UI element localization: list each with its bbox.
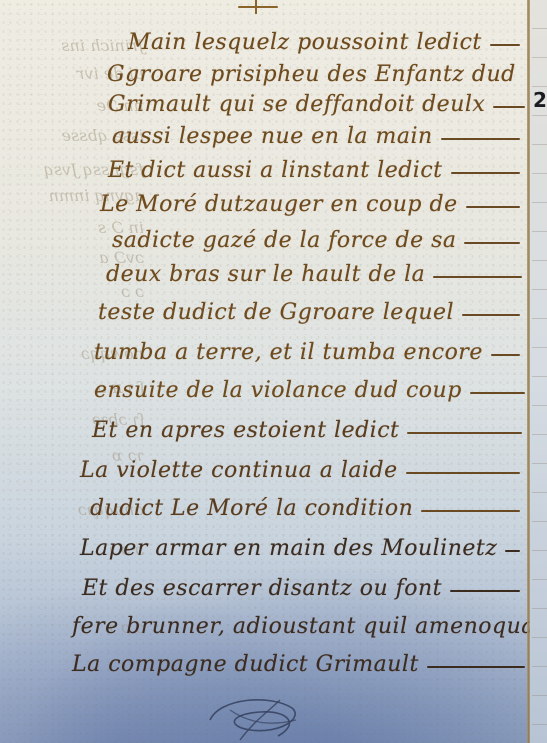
- manuscript-line-text: tumba a terre, et il tumba encore: [94, 340, 483, 365]
- manuscript-line-text: Main lesquelz poussoint ledict: [128, 30, 482, 55]
- manuscript-line-text: Grimault qui se deffandoit deulx: [108, 92, 485, 117]
- manuscript-line-text: Ggroare prisipheu des Enfantz dud: [107, 62, 516, 87]
- manuscript-line-text: aussi lespee nue en la main: [112, 124, 433, 149]
- manuscript-line: Et en apres estoient ledict: [92, 418, 399, 443]
- manuscript-line: fere brunner, adioustant quil amenoqua: [72, 614, 535, 639]
- manuscript-line: Et dict aussi a linstant ledict: [108, 158, 443, 183]
- manuscript-line: aussi lespee nue en la main: [112, 124, 433, 149]
- manuscript-line-text: Et dict aussi a linstant ledict: [108, 158, 443, 183]
- line-fill-dash: [421, 510, 520, 512]
- line-fill-dash: [427, 666, 525, 668]
- manuscript-line-text: La violette continua a laide: [80, 458, 398, 483]
- line-fill-dash: [462, 314, 520, 316]
- manuscript-line-text: dudict Le Moré la condition: [90, 496, 413, 521]
- right-margin-rule: [527, 0, 530, 743]
- manuscript-line: teste dudict de Ggroare lequel: [98, 300, 454, 325]
- line-fill-dash: [407, 432, 522, 434]
- line-fill-dash: [441, 138, 520, 140]
- manuscript-line: deux bras sur le hault de la: [106, 262, 425, 287]
- line-fill-dash: [505, 550, 520, 552]
- manuscript-line: Laper armar en main des Moulinetz: [80, 536, 497, 561]
- manuscript-page: Jrinich insui de ivrnn Ɔeisse qbssefsgns…: [0, 0, 547, 743]
- manuscript-line-text: fere brunner, adioustant quil amenoqua: [72, 614, 535, 639]
- manuscript-line-text: Et des escarrer disantz ou font: [82, 576, 442, 601]
- line-fill-dash: [470, 392, 525, 394]
- line-fill-dash: [433, 276, 522, 278]
- line-fill-dash: [491, 354, 520, 356]
- line-fill-dash: [406, 472, 520, 474]
- manuscript-line: tumba a terre, et il tumba encore: [94, 340, 483, 365]
- manuscript-line: dudict Le Moré la condition: [90, 496, 413, 521]
- line-fill-dash: [493, 106, 525, 108]
- manuscript-line: Main lesquelz poussoint ledict: [128, 30, 482, 55]
- manuscript-line-text: deux bras sur le hault de la: [106, 262, 425, 287]
- manuscript-line-text: Laper armar en main des Moulinetz: [80, 536, 497, 561]
- manuscript-text-block: Main lesquelz poussoint ledictGgroare pr…: [0, 0, 527, 743]
- line-fill-dash: [464, 242, 520, 244]
- manuscript-line: Grimault qui se deffandoit deulx: [108, 92, 485, 117]
- folio-mark: 2: [533, 90, 547, 110]
- line-fill-dash: [451, 172, 520, 174]
- manuscript-line-text: Et en apres estoient ledict: [92, 418, 399, 443]
- manuscript-line: La compagne dudict Grimault: [72, 652, 419, 677]
- manuscript-line-text: Le Moré dutzauger en coup de: [100, 192, 458, 217]
- manuscript-line: Et des escarrer disantz ou font: [82, 576, 442, 601]
- manuscript-line-text: La compagne dudict Grimault: [72, 652, 419, 677]
- manuscript-line: ensuite de la violance dud coup: [94, 378, 462, 403]
- manuscript-line: Ggroare prisipheu des Enfantz dud: [107, 62, 516, 87]
- signature-flourish-icon: [200, 690, 310, 743]
- manuscript-line: La violette continua a laide: [80, 458, 398, 483]
- manuscript-line-text: sadicte gazé de la force de sa: [112, 228, 456, 253]
- line-fill-dash: [450, 590, 520, 592]
- manuscript-line-text: ensuite de la violance dud coup: [94, 378, 462, 403]
- manuscript-line: sadicte gazé de la force de sa: [112, 228, 456, 253]
- manuscript-line: Le Moré dutzauger en coup de: [100, 192, 458, 217]
- line-fill-dash: [490, 44, 520, 46]
- line-fill-dash: [466, 206, 520, 208]
- manuscript-line-text: teste dudict de Ggroare lequel: [98, 300, 454, 325]
